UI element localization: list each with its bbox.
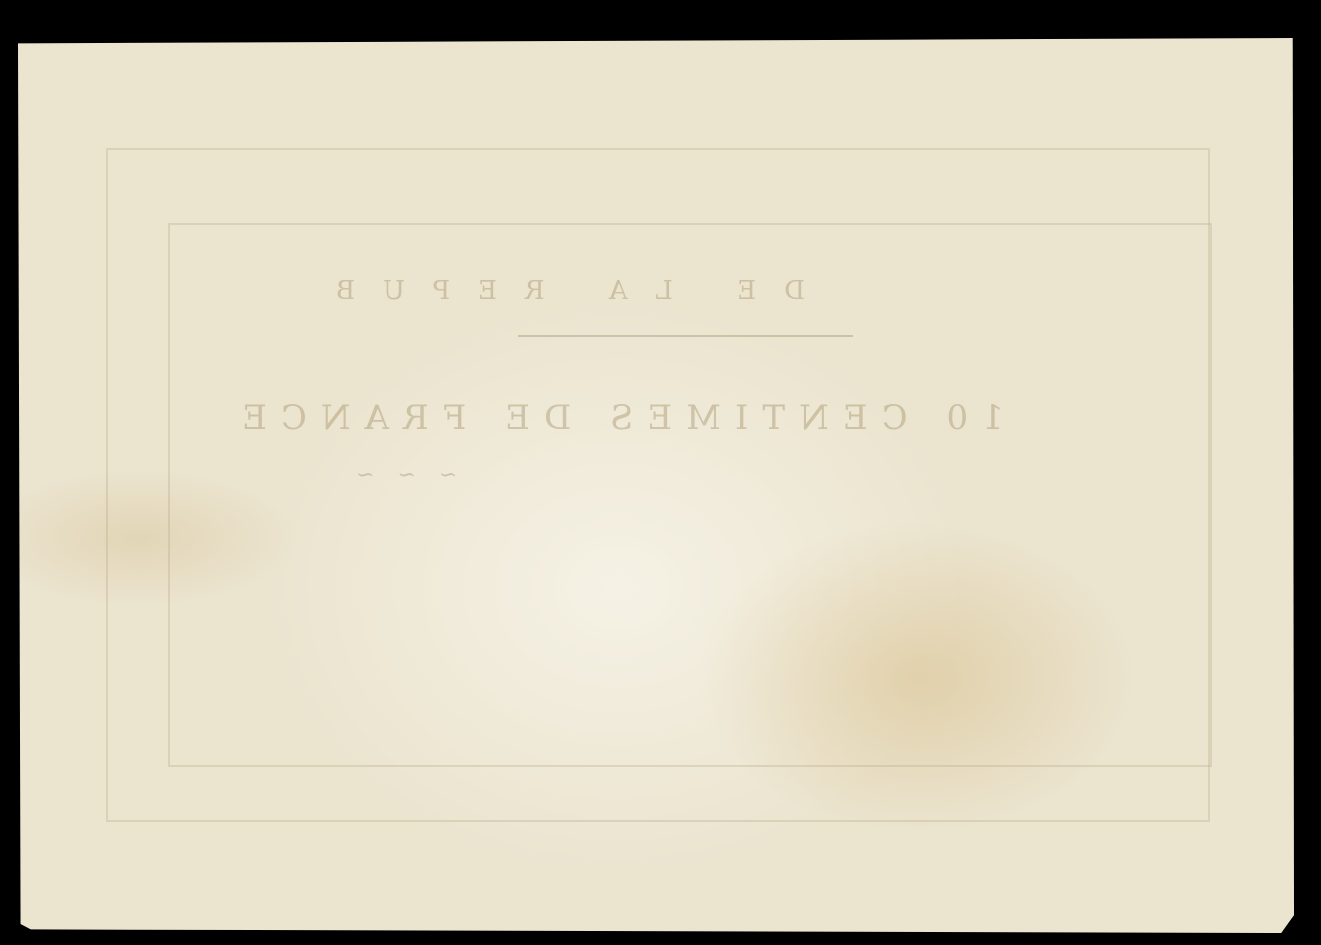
divider-impression bbox=[518, 335, 853, 337]
banknote-paper: DE LA REPUB 10 CENTIMES DE FRANCE ~ ~ ~ bbox=[18, 38, 1294, 933]
ghost-text-line: DE LA REPUB bbox=[308, 276, 805, 306]
ghost-text-line: 10 CENTIMES DE FRANCE bbox=[228, 398, 1004, 438]
ghost-text-line: ~ ~ ~ bbox=[348, 463, 457, 488]
